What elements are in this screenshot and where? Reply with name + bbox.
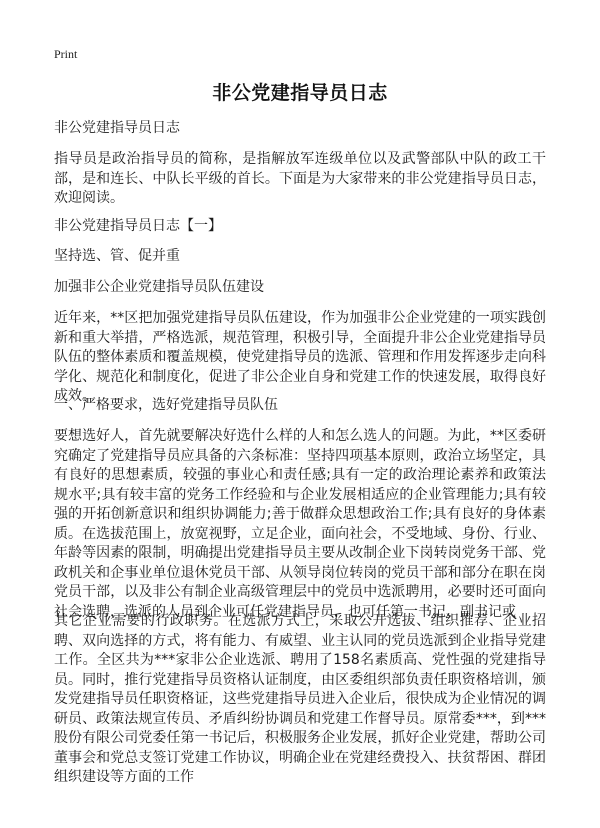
section-heading: 非公党建指导员日志【一】 — [54, 217, 546, 237]
intro-paragraph: 指导员是政治指导员的简称，是指解放军连级单位以及武警部队中队的政工干部，是和连长… — [54, 150, 546, 209]
paragraph-selection-methods: 其它企业需要的行政职务。在选派方式上，采取公开选拔、组织推荐、企业招聘、双向选择… — [54, 612, 546, 788]
heading-strict-requirements: 一、严格要求，选好党建指导员队伍 — [54, 396, 546, 416]
document-subtitle: 非公党建指导员日志 — [54, 119, 546, 139]
paragraph-selection-standards: 要想选好人，首先就要解决好选什么样的人和怎么选人的问题。为此，**区委研究确定了… — [54, 427, 546, 622]
paragraph-overview: 近年来，**区把加强党建指导员队伍建设，作为加强非公企业党建的一项实践创新和重大… — [54, 309, 546, 407]
heading-team-building: 加强非公企业党建指导员队伍建设 — [54, 278, 546, 298]
document-title: 非公党建指导员日志 — [54, 78, 546, 105]
print-link[interactable]: Print — [54, 47, 77, 62]
heading-select-manage: 坚持选、管、促并重 — [54, 247, 546, 267]
